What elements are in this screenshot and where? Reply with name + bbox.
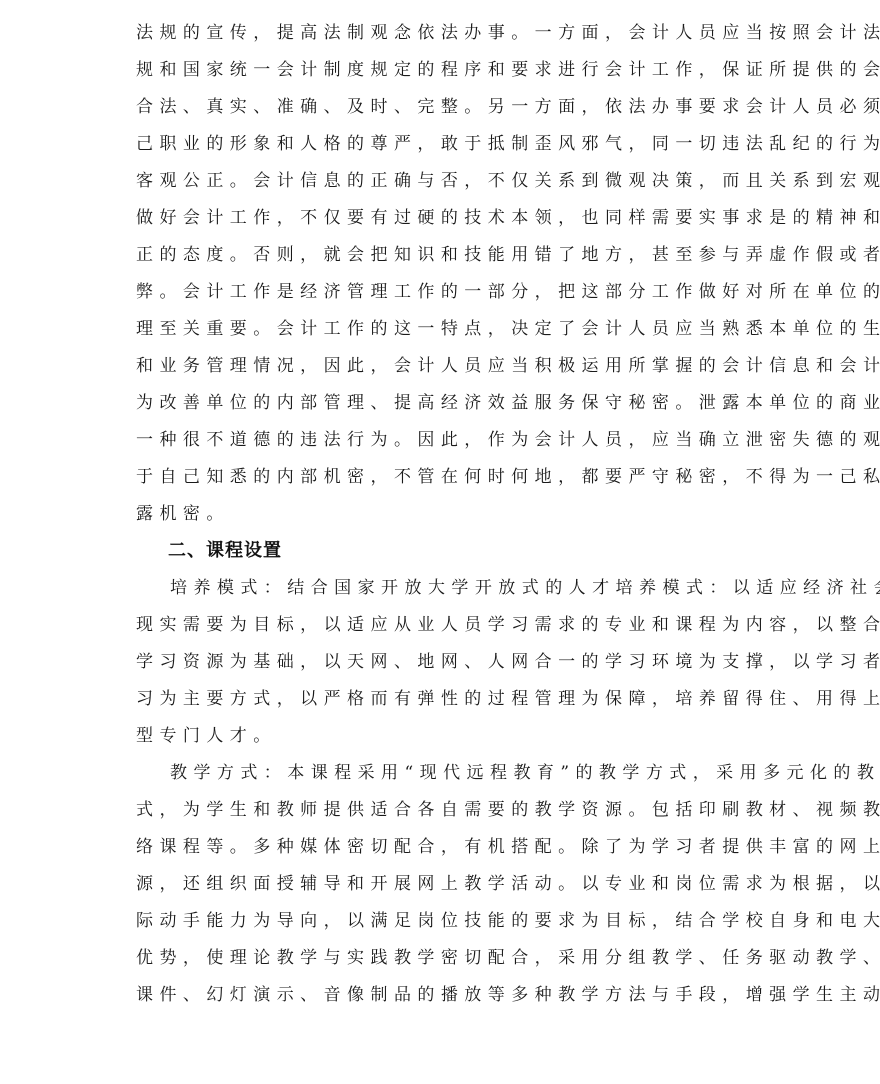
body-line: 露机密。 xyxy=(136,502,748,526)
training-mode-line: 习为主要方式，以严格而有弹性的过程管理为保障，培养留得住、用得上的应用 xyxy=(136,687,748,711)
body-line: 和业务管理情况，因此，会计人员应当积极运用所掌握的会计信息和会计方法， xyxy=(136,354,748,378)
section-heading: 二、课程设置 xyxy=(168,538,282,564)
body-line: 为改善单位的内部管理、提高经济效益服务保守秘密。泄露本单位的商业秘密是 xyxy=(136,391,748,415)
teaching-mode-line: 际动手能力为导向，以满足岗位技能的要求为目标，结合学校自身和电大系统的 xyxy=(136,909,748,933)
document-page: 法规的宣传，提高法制观念依法办事。一方面，会计人员应当按照会计法律、法 规和国家… xyxy=(0,0,880,1084)
teaching-mode-line: 教学方式：本课程采用“现代远程教育”的教学方式，采用多元化的教学形 xyxy=(170,761,782,785)
body-line: 客观公正。会计信息的正确与否，不仅关系到微观决策，而且关系到宏观决策。 xyxy=(136,169,748,193)
body-line: 做好会计工作，不仅要有过硬的技术本领，也同样需要实事求是的精神和客观公 xyxy=(136,206,748,230)
teaching-mode-line: 络课程等。多种媒体密切配合，有机搭配。除了为学习者提供丰富的网上学习资 xyxy=(136,835,748,859)
body-line: 规和国家统一会计制度规定的程序和要求进行会计工作，保证所提供的会计信息 xyxy=(136,58,748,82)
body-line: 合法、真实、准确、及时、完整。另一方面，依法办事要求会计人员必须树立自 xyxy=(136,95,748,119)
training-mode-line: 型专门人才。 xyxy=(136,724,748,748)
body-line: 于自己知悉的内部机密，不管在何时何地，都要严守秘密，不得为一己私利而泄 xyxy=(136,465,748,489)
teaching-mode-line: 课件、幻灯演示、音像制品的播放等多种教学方法与手段，增强学生主动学习、 xyxy=(136,983,748,1007)
body-line: 弊。会计工作是经济管理工作的一部分，把这部分工作做好对所在单位的经营管 xyxy=(136,280,748,304)
body-line: 一种很不道德的违法行为。因此，作为会计人员，应当确立泄密失德的观点，对 xyxy=(136,428,748,452)
teaching-mode-line: 式，为学生和教师提供适合各自需要的教学资源。包括印刷教材、视频教材、网 xyxy=(136,798,748,822)
body-line: 己职业的形象和人格的尊严，敢于抵制歪风邪气，同一切违法乱纪的行为作斗争 xyxy=(136,132,748,156)
body-line: 正的态度。否则，就会把知识和技能用错了地方，甚至参与弄虚作假或者串通作 xyxy=(136,243,748,267)
teaching-mode-line: 优势，使理论教学与实践教学密切配合，采用分组教学、任务驱动教学、多媒体 xyxy=(136,946,748,970)
training-mode-line: 学习资源为基础，以天网、地网、人网合一的学习环境为支撑，以学习者自主学 xyxy=(136,650,748,674)
body-line: 理至关重要。会计工作的这一特点，决定了会计人员应当熟悉本单位的生产经营 xyxy=(136,317,748,341)
teaching-mode-line: 源，还组织面授辅导和开展网上教学活动。以专业和岗位需求为根据，以强调实 xyxy=(136,872,748,896)
training-mode-line: 现实需要为目标，以适应从业人员学习需求的专业和课程为内容，以整合优化的 xyxy=(136,613,748,637)
body-line: 法规的宣传，提高法制观念依法办事。一方面，会计人员应当按照会计法律、法 xyxy=(136,21,748,45)
training-mode-line: 培养模式：结合国家开放大学开放式的人才培养模式：以适应经济社会发展 xyxy=(170,576,782,600)
